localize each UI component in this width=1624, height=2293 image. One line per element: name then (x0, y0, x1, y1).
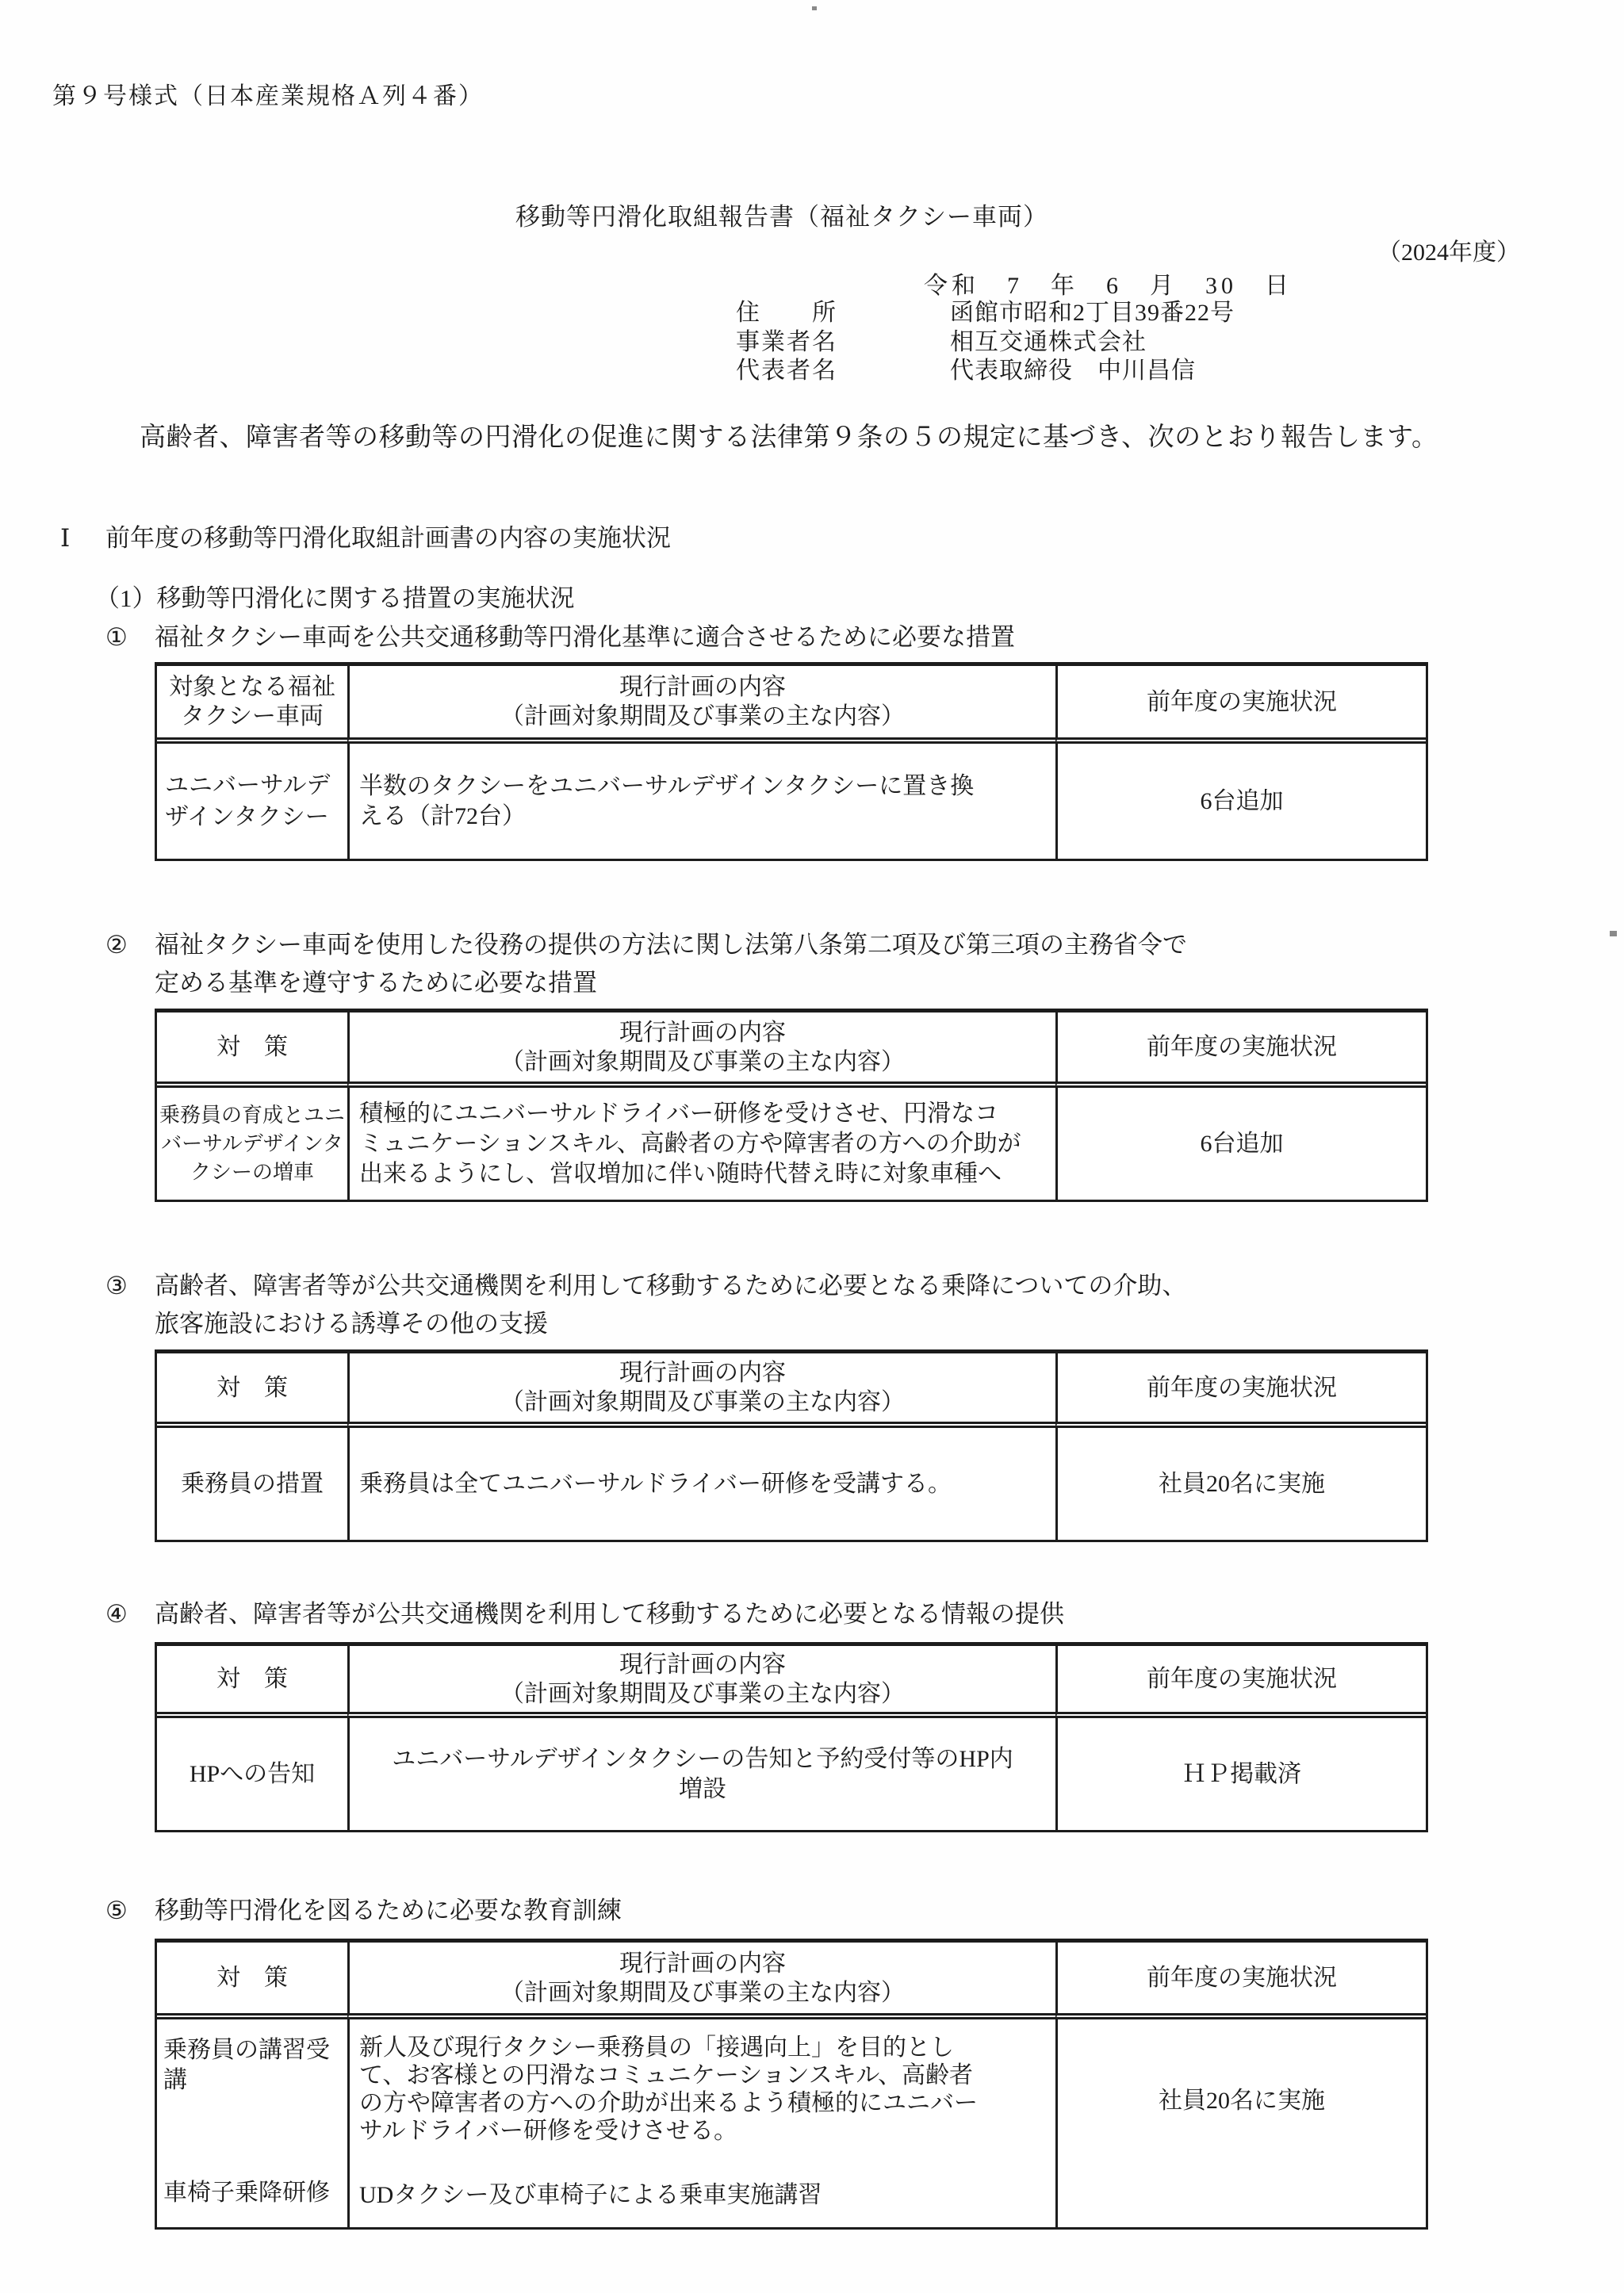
header-cell-status: 前年度の実施状況 (1055, 1943, 1426, 2019)
operator-value: 相互交通株式会社 (950, 327, 1147, 358)
item-2-heading: ② 福祉タクシー車両を使用した役務の提供の方法に関し法第八条第二項及び第三項の主… (105, 926, 1469, 1002)
header-plan-line1: 現行計画の内容 (619, 1949, 786, 1978)
header-plan-line2: （計画対象期間及び事業の主な内容） (500, 1047, 905, 1077)
representative-label: 代表者名 (736, 356, 837, 386)
header-plan-line2: （計画対象期間及び事業の主な内容） (500, 1679, 905, 1709)
item-4-heading: ④ 高齢者、障害者等が公共交通機関を利用して移動するために必要となる情報の提供 (105, 1595, 1469, 1633)
scan-speck (812, 6, 817, 10)
cell-status: 社員20名に実施 (1055, 2019, 1426, 2227)
cell-plan: 積極的にユニバーサルドライバー研修を受けさせ、円滑なコ ミュニケーションスキル、… (347, 1088, 1055, 1200)
intro-statement: 高齢者、障害者等の移動等の円滑化の促進に関する法律第９条の５の規定に基づき、次の… (140, 419, 1567, 457)
item-3-heading-text: 高齢者、障害者等が公共交通機関を利用して移動するために必要となる乗降についての介… (155, 1267, 1186, 1343)
item-5-heading-text: 移動等円滑化を図るために必要な教育訓練 (155, 1892, 622, 1930)
header-cell-plan: 現行計画の内容 （計画対象期間及び事業の主な内容） (347, 1013, 1055, 1088)
header-plan-line1: 現行計画の内容 (619, 1358, 786, 1388)
header-plan-line1: 現行計画の内容 (619, 1650, 786, 1679)
report-table-3: 対 策 現行計画の内容 （計画対象期間及び事業の主な内容） 前年度の実施状況 乗… (155, 1349, 1428, 1542)
cell-plan: 半数のタクシーをユニバーサルデザインタクシーに置き換 える（計72台） (347, 744, 1055, 859)
header-cell-status: 前年度の実施状況 (1055, 1013, 1426, 1088)
cell-status: ＨＰ掲載済 (1055, 1718, 1426, 1830)
cell-status: 6台追加 (1055, 744, 1426, 859)
report-page: 第９号様式（日本産業規格Ａ列４番） 移動等円滑化取組報告書（福祉タクシー車両） … (0, 0, 1624, 2293)
report-date: 令和 7 年 6 月 30 日 (924, 266, 1293, 301)
cell-plan: ユニバーサルデザインタクシーの告知と予約受付等のHP内 増設 (347, 1718, 1055, 1830)
scan-speck (1610, 931, 1617, 936)
item-5-number: ⑤ (105, 1892, 155, 1930)
header-cell-plan: 現行計画の内容 （計画対象期間及び事業の主な内容） (347, 666, 1055, 744)
address-value: 函館市昭和2丁目39番22号 (950, 298, 1235, 328)
item-4-heading-text: 高齢者、障害者等が公共交通機関を利用して移動するために必要となる情報の提供 (155, 1595, 1064, 1633)
address-label: 住 所 (736, 298, 837, 328)
header-cell-measure: 対 策 (157, 1013, 347, 1088)
representative-value: 代表取締役 中川昌信 (950, 356, 1196, 386)
report-table-5: 対 策 現行計画の内容 （計画対象期間及び事業の主な内容） 前年度の実施状況 乗… (155, 1939, 1428, 2230)
header-plan-line2: （計画対象期間及び事業の主な内容） (500, 702, 905, 731)
item-1-heading-text: 福祉タクシー車両を公共交通移動等円滑化基準に適合させるために必要な措置 (155, 618, 1015, 657)
section-heading-text: 前年度の移動等円滑化取組計画書の内容の実施状況 (105, 520, 671, 557)
cell-measure-training: 乗務員の講習受 講 (157, 2019, 330, 2096)
header-plan-line2: （計画対象期間及び事業の主な内容） (500, 1388, 905, 1417)
header-cell-measure: 対 策 (157, 1646, 347, 1718)
report-table-2: 対 策 現行計画の内容 （計画対象期間及び事業の主な内容） 前年度の実施状況 乗… (155, 1009, 1428, 1202)
cell-measures: 乗務員の講習受 講 車椅子乗降研修 (157, 2019, 347, 2227)
header-plan-line1: 現行計画の内容 (619, 672, 786, 702)
fiscal-year-label: （2024年度） (1377, 232, 1520, 267)
cell-plan: 乗務員は全てユニバーサルドライバー研修を受講する。 (347, 1428, 1055, 1540)
header-cell-status: 前年度の実施状況 (1055, 1353, 1426, 1428)
item-3-number: ③ (105, 1267, 155, 1343)
item-4-number: ④ (105, 1595, 155, 1633)
section-1-heading: Ⅰ 前年度の移動等円滑化取組計画書の内容の実施状況 (60, 520, 1488, 557)
cell-plans: 新人及び現行タクシー乗務員の「接遇向上」を目的とし て、お客様との円滑なコミュニ… (347, 2019, 1055, 2227)
cell-status: 6台追加 (1055, 1088, 1426, 1200)
header-cell-measure: 対 策 (157, 1943, 347, 2019)
section-1-subheading: （1）移動等円滑化に関する措置の実施状況 (95, 580, 575, 617)
report-table-1: 対象となる福祉 タクシー車両 現行計画の内容 （計画対象期間及び事業の主な内容）… (155, 662, 1428, 861)
header-cell-plan: 現行計画の内容 （計画対象期間及び事業の主な内容） (347, 1353, 1055, 1428)
cell-measure-wheelchair: 車椅子乗降研修 (163, 2178, 330, 2208)
section-numeral: Ⅰ (60, 520, 105, 557)
cell-measure: ユニバーサルデ ザインタクシー (157, 744, 347, 859)
item-3-heading: ③ 高齢者、障害者等が公共交通機関を利用して移動するために必要となる乗降について… (105, 1267, 1469, 1343)
document-title: 移動等円滑化取組報告書（福祉タクシー車両） (515, 197, 1048, 232)
header-cell-measure: 対 策 (157, 1353, 347, 1428)
item-2-number: ② (105, 926, 155, 1002)
form-number-label: 第９号様式（日本産業規格Ａ列４番） (52, 76, 484, 111)
item-1-heading: ① 福祉タクシー車両を公共交通移動等円滑化基準に適合させるために必要な措置 (105, 618, 1469, 657)
item-1-number: ① (105, 618, 155, 657)
item-5-heading: ⑤ 移動等円滑化を図るために必要な教育訓練 (105, 1892, 1469, 1930)
header-cell-plan: 現行計画の内容 （計画対象期間及び事業の主な内容） (347, 1943, 1055, 2019)
cell-plan-wheelchair: UDタクシー及び車椅子による乗車実施講習 (359, 2181, 822, 2209)
report-table-4: 対 策 現行計画の内容 （計画対象期間及び事業の主な内容） 前年度の実施状況 H… (155, 1642, 1428, 1832)
header-cell-target-vehicle: 対象となる福祉 タクシー車両 (157, 666, 347, 744)
header-cell-plan: 現行計画の内容 （計画対象期間及び事業の主な内容） (347, 1646, 1055, 1718)
cell-measure: 乗務員の育成とユニ バーサルデザインタ クシーの増車 (157, 1088, 347, 1200)
header-plan-line2: （計画対象期間及び事業の主な内容） (500, 1978, 905, 2008)
cell-measure: HPへの告知 (157, 1718, 347, 1830)
header-plan-line1: 現行計画の内容 (619, 1018, 786, 1047)
cell-measure: 乗務員の措置 (157, 1428, 347, 1540)
cell-plan-training: 新人及び現行タクシー乗務員の「接遇向上」を目的とし て、お客様との円滑なコミュニ… (350, 2019, 1002, 2145)
operator-label: 事業者名 (736, 327, 837, 358)
item-2-heading-text: 福祉タクシー車両を使用した役務の提供の方法に関し法第八条第二項及び第三項の主務省… (155, 926, 1187, 1002)
header-cell-status: 前年度の実施状況 (1055, 666, 1426, 744)
cell-status: 社員20名に実施 (1055, 1428, 1426, 1540)
header-cell-status: 前年度の実施状況 (1055, 1646, 1426, 1718)
